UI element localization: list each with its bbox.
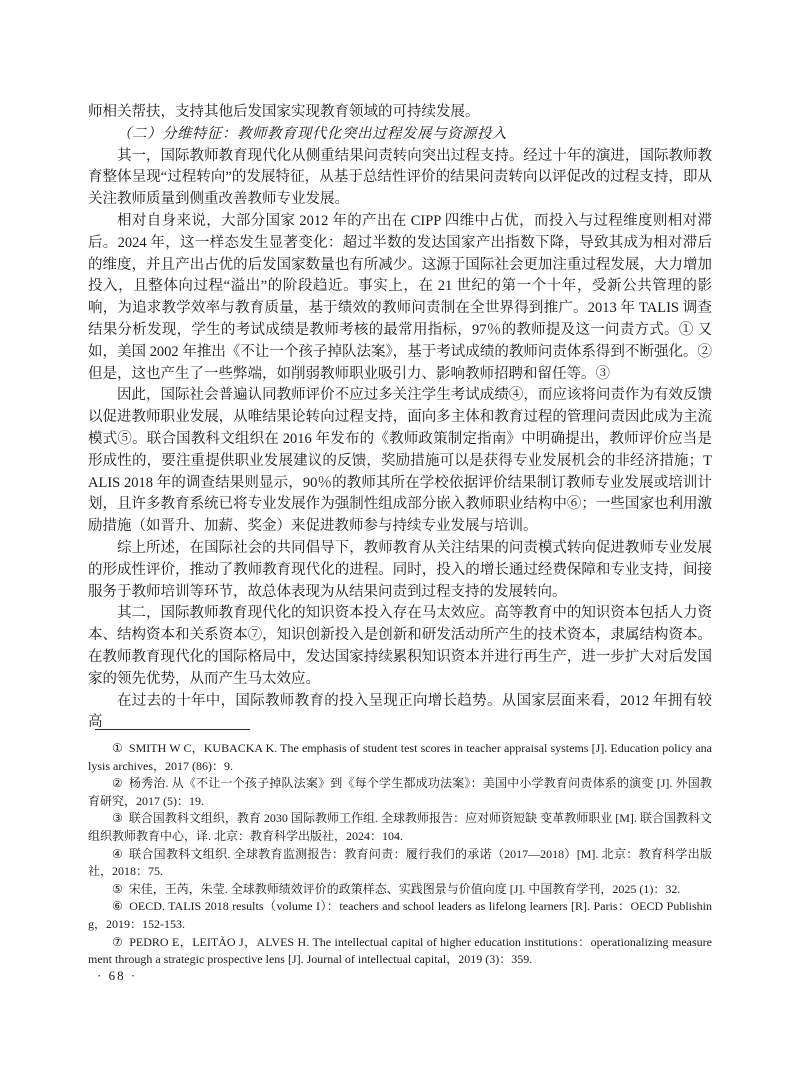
- body-paragraph: 因此，国际社会普遍认同教师评价不应过多关注学生考试成绩④，而应该将问责作为有效反…: [88, 385, 712, 538]
- body-text-block: 师相关帮扶，支持其他后发国家实现教育领域的可持续发展。 （二）分维特征：教师教育…: [88, 102, 712, 734]
- footnote-text: PEDRO E，LEITÃO J，ALVES H. The intellectu…: [88, 935, 712, 967]
- footnote-text: 联合国教科文组织，教育 2030 国际教师工作组. 全球教师报告：应对师资短缺 …: [88, 811, 712, 843]
- footnote: ③联合国教科文组织，教育 2030 国际教师工作组. 全球教师报告：应对师资短缺…: [88, 810, 712, 845]
- body-paragraph: 在过去的十年中，国际教师教育的投入呈现正向增长趋势。从国家层面来看，2012 年…: [88, 691, 712, 735]
- page-number: · 68 ·: [97, 968, 137, 984]
- footnote-text: OECD. TALIS 2018 results（volume I）：teach…: [88, 899, 712, 931]
- footnote-text: 联合国教科文组织. 全球教育监测报告：教育问责：履行我们的承诺（2017—201…: [88, 847, 712, 879]
- footnote-marker: ⑥: [112, 899, 123, 913]
- body-paragraph: 其一，国际教师教育现代化从侧重结果问责转向突出过程支持。经过十年的演进，国际教师…: [88, 146, 712, 211]
- footnote-marker: ①: [112, 741, 123, 755]
- footnote-separator: [95, 729, 250, 730]
- footnote: ④联合国教科文组织. 全球教育监测报告：教育问责：履行我们的承诺（2017—20…: [88, 846, 712, 881]
- footnote: ①SMITH W C，KUBACKA K. The emphasis of st…: [88, 740, 712, 775]
- body-paragraph: 相对自身来说，大部分国家 2012 年的产出在 CIPP 四维中占优，而投入与过…: [88, 211, 712, 385]
- footnote-marker: ④: [112, 847, 123, 861]
- journal-page: 师相关帮扶，支持其他后发国家实现教育领域的可持续发展。 （二）分维特征：教师教育…: [0, 0, 800, 1077]
- footnote: ⑦PEDRO E，LEITÃO J，ALVES H. The intellect…: [88, 934, 712, 969]
- footnote-marker: ⑤: [112, 882, 123, 896]
- body-paragraph: 其二，国际教师教育现代化的知识资本投入存在马太效应。高等教育中的知识资本包括人力…: [88, 603, 712, 690]
- footnote-text: 宋佳，王芮，朱莹. 全球教师绩效评价的政策样态、实践图景与价值向度 [J]. 中…: [129, 882, 681, 896]
- footnote-marker: ②: [112, 776, 123, 790]
- section-heading: （二）分维特征：教师教育现代化突出过程发展与资源投入: [88, 124, 712, 146]
- footnote-marker: ⑦: [112, 935, 123, 949]
- footnote-text: SMITH W C，KUBACKA K. The emphasis of stu…: [88, 741, 712, 773]
- footnote: ②杨秀治. 从《不让一个孩子掉队法案》到《每个学生都成功法案》：美国中小学教育问…: [88, 775, 712, 810]
- continuation-paragraph: 师相关帮扶，支持其他后发国家实现教育领域的可持续发展。: [88, 102, 712, 124]
- footnotes-block: ①SMITH W C，KUBACKA K. The emphasis of st…: [88, 740, 712, 969]
- body-paragraph: 综上所述，在国际社会的共同倡导下，教师教育从关注结果的问责模式转向促进教师专业发…: [88, 538, 712, 603]
- footnote: ⑥OECD. TALIS 2018 results（volume I）：teac…: [88, 898, 712, 933]
- footnote: ⑤宋佳，王芮，朱莹. 全球教师绩效评价的政策样态、实践图景与价值向度 [J]. …: [88, 881, 712, 899]
- footnote-marker: ③: [112, 811, 123, 825]
- footnote-text: 杨秀治. 从《不让一个孩子掉队法案》到《每个学生都成功法案》：美国中小学教育问责…: [88, 776, 712, 808]
